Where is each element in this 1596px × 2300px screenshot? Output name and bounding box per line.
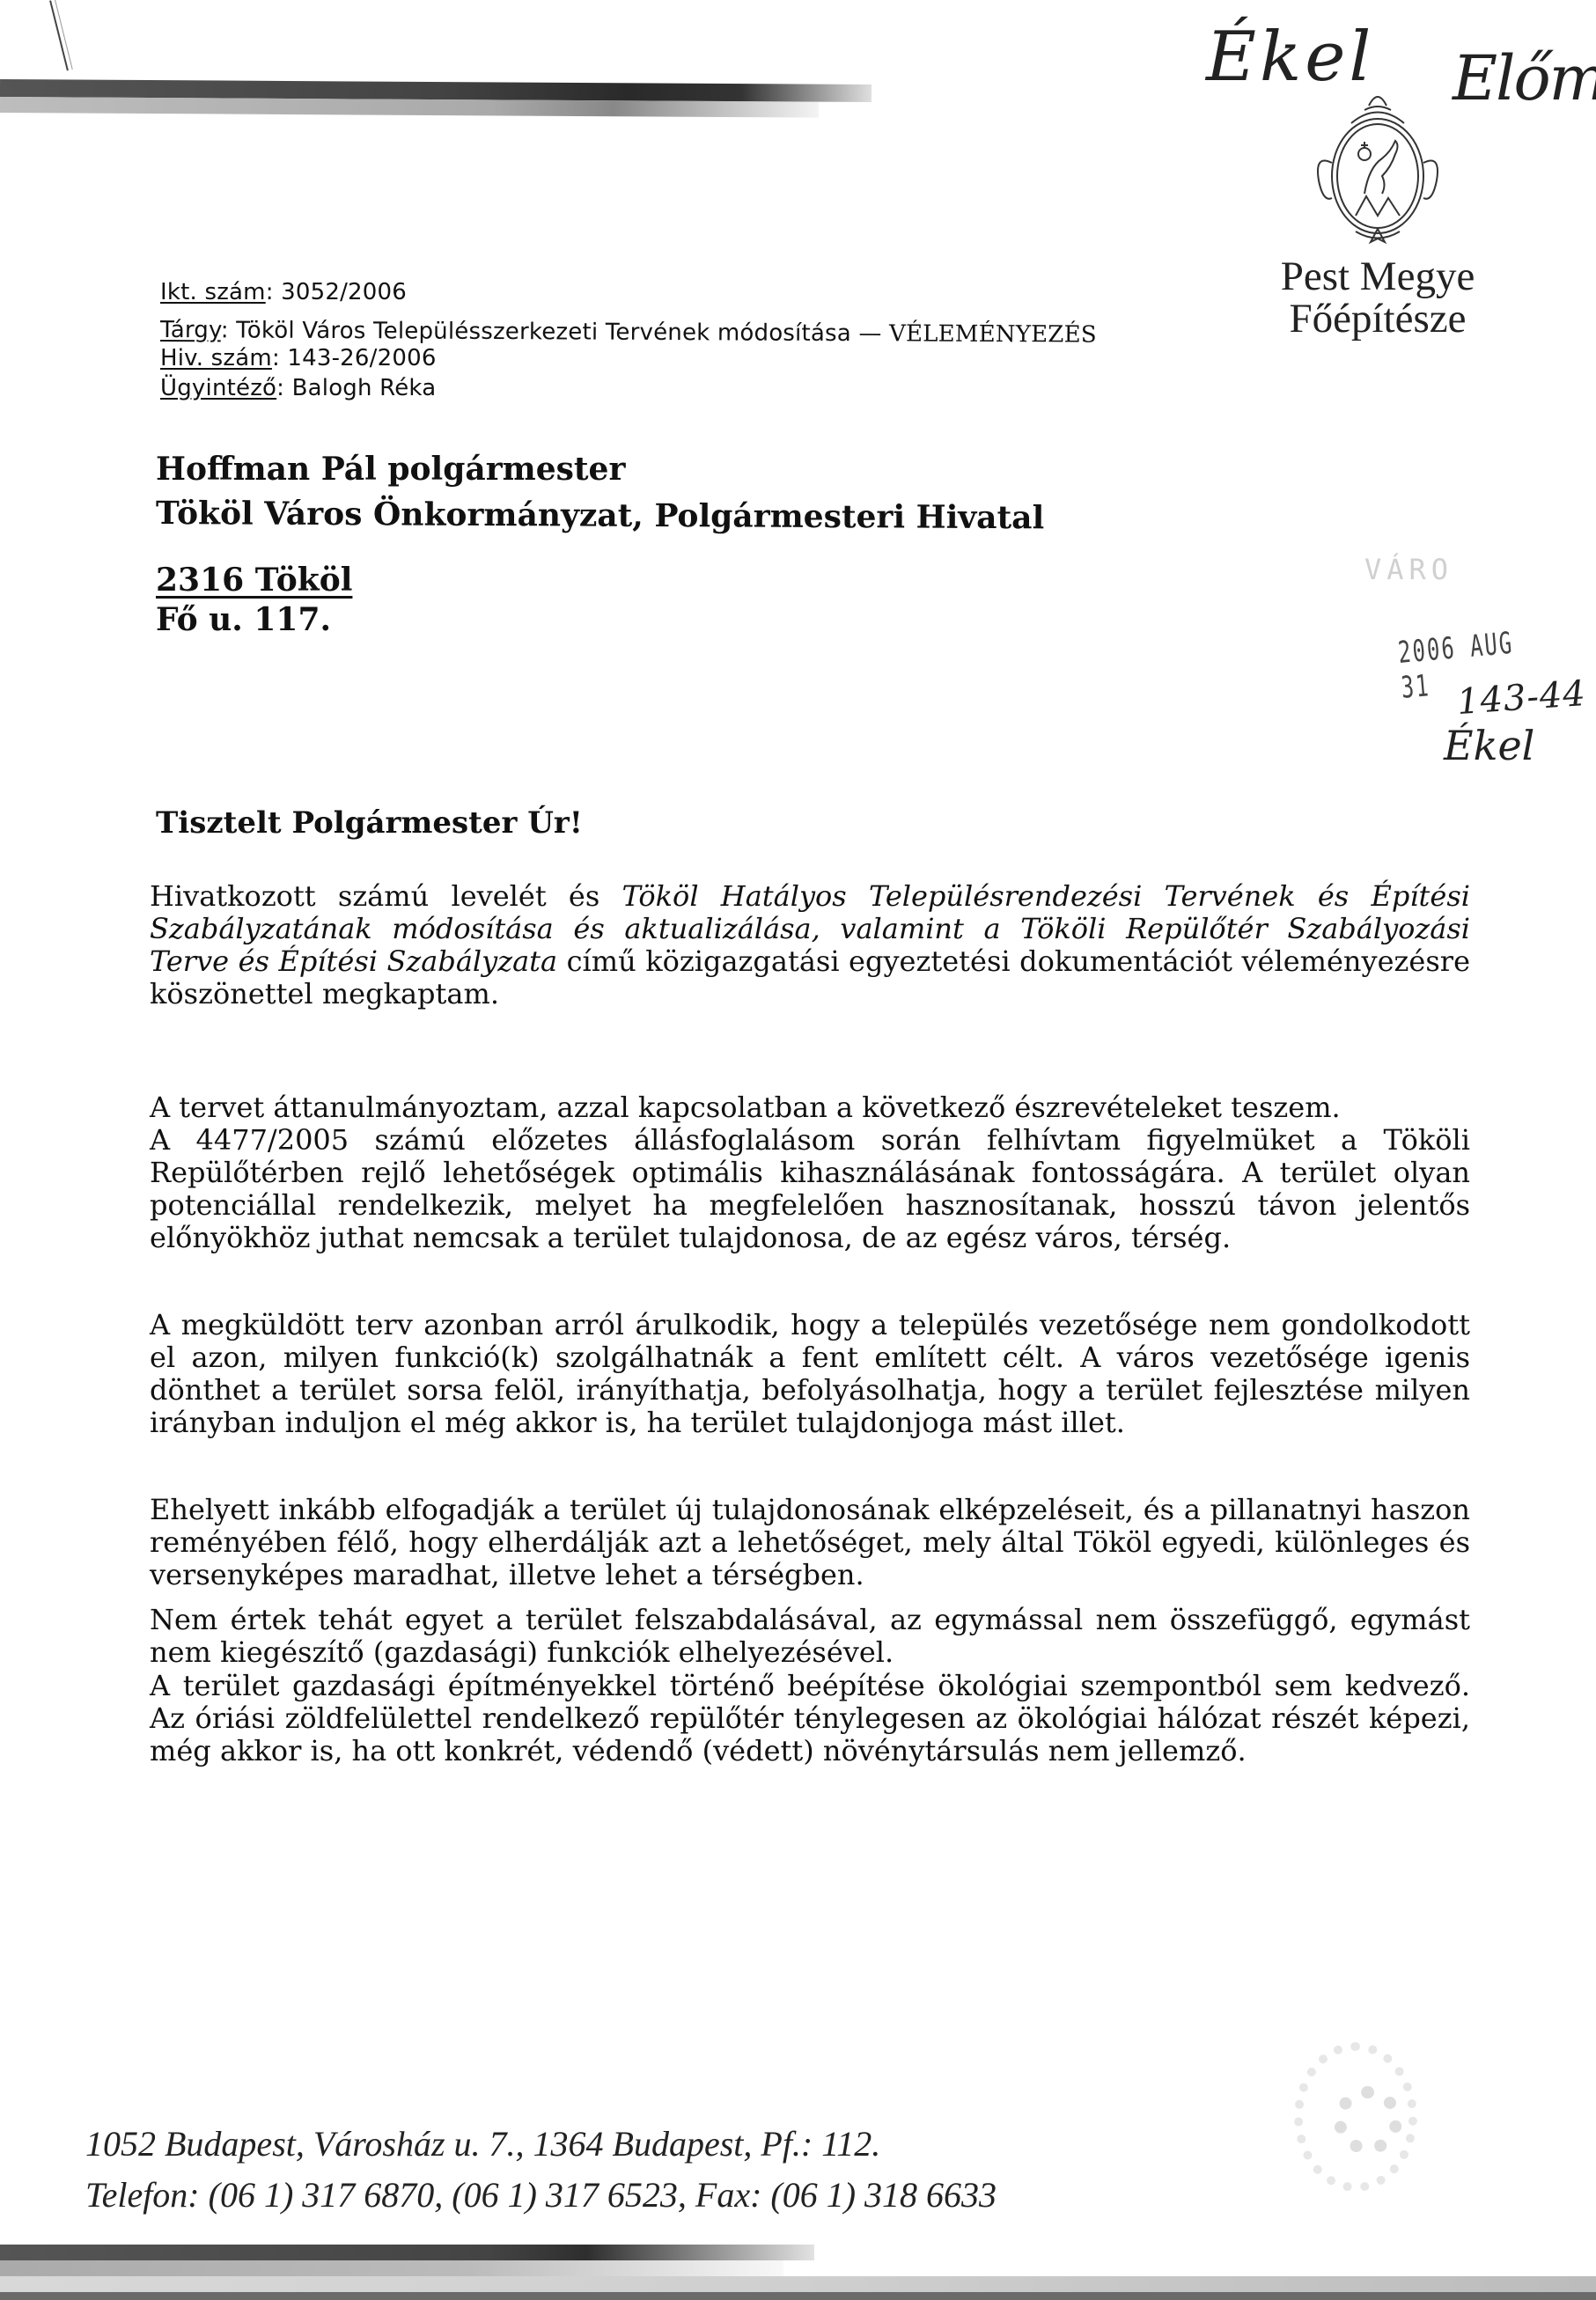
handwritten-note: Előm bbox=[1453, 42, 1596, 114]
paragraph-6: A terület gazdasági építményekkel történ… bbox=[150, 1670, 1470, 1767]
footer-contact: Telefon: (06 1) 317 6870, (06 1) 317 652… bbox=[85, 2174, 997, 2215]
paragraph-5: Nem értek tehát egyet a terület felszabd… bbox=[150, 1604, 1470, 1669]
ref-ikt: Ikt. szám: 3052/2006 bbox=[160, 279, 407, 305]
paragraph-3: A megküldött terv azonban arról árulkodi… bbox=[150, 1309, 1470, 1439]
paragraph-4: Ehelyett inkább elfogadják a terület új … bbox=[150, 1494, 1470, 1591]
addressee-city: 2316 Tököl bbox=[156, 562, 352, 599]
paragraph-2: A tervet áttanulmányoztam, azzal kapcsol… bbox=[150, 1091, 1470, 1254]
coat-of-arms-icon bbox=[1303, 84, 1453, 251]
ref-subject: Tárgy: Tököl Város Településszerkezeti T… bbox=[160, 317, 1097, 349]
handwritten-registration: 143-44 bbox=[1456, 673, 1588, 723]
org-line-2: Főépítésze bbox=[1241, 298, 1514, 340]
footer-address: 1052 Budapest, Városház u. 7., 1364 Buda… bbox=[85, 2123, 880, 2164]
addressee-office: Tököl Város Önkormányzat, Polgármesteri … bbox=[156, 495, 1044, 536]
pen-mark bbox=[49, 0, 73, 70]
organization-name: Pest Megye Főépítésze bbox=[1241, 255, 1514, 340]
faded-seal-icon bbox=[1294, 2042, 1417, 2192]
ref-case-officer: Ügyintéző: Balogh Réka bbox=[160, 375, 436, 401]
scan-band-bottom bbox=[0, 2260, 783, 2276]
scan-band-bottom bbox=[0, 2292, 1596, 2300]
scan-band-bottom bbox=[0, 2276, 1596, 2292]
received-stamp-faded: VÁRO bbox=[1364, 553, 1453, 586]
paragraph-1: Hivatkozott számú levelét és Tököl Hatál… bbox=[150, 880, 1470, 1010]
org-line-1: Pest Megye bbox=[1241, 255, 1514, 298]
ref-hiv: Hiv. szám: 143-26/2006 bbox=[160, 345, 437, 371]
addressee-street: Fő u. 117. bbox=[156, 601, 331, 638]
scan-band-bottom bbox=[0, 2245, 814, 2260]
handwritten-initials: Ékel bbox=[1444, 722, 1534, 769]
salutation: Tisztelt Polgármester Úr! bbox=[156, 805, 583, 841]
addressee-name: Hoffman Pál polgármester bbox=[156, 451, 625, 488]
